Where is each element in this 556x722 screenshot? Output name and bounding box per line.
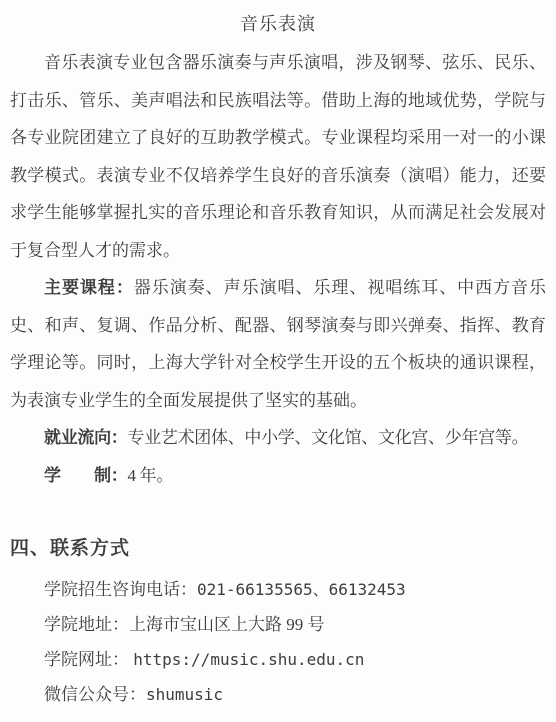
- contact-wechat-label: 微信公众号：: [44, 685, 146, 704]
- contact-wechat-value: shumusic: [146, 685, 223, 704]
- employment-label: 就业流向：: [44, 428, 128, 447]
- contact-list: 学院招生咨询电话：021-66135565、66132453 学院地址：上海市宝…: [10, 572, 546, 712]
- contact-website-value: https://music.shu.edu.cn: [133, 650, 364, 669]
- paragraph-overview: 音乐表演专业包含器乐演奏与声乐演唱，涉及钢琴、弦乐、民乐、打击乐、管乐、美声唱法…: [10, 44, 546, 269]
- contact-line-phone: 学院招生咨询电话：021-66135565、66132453: [10, 572, 546, 607]
- contact-website-label: 学院网址：: [44, 650, 129, 669]
- paragraph-courses: 主要课程：器乐演奏、声乐演唱、乐理、视唱练耳、中西方音乐史、和声、复调、作品分析…: [10, 269, 546, 419]
- contact-line-address: 学院地址：上海市宝山区上大路 99 号: [10, 607, 546, 642]
- contact-phone-value: 021-66135565、66132453: [197, 580, 406, 599]
- page-title: 音乐表演: [10, 10, 546, 38]
- paragraph-employment-text: 专业艺术团体、中小学、文化馆、文化宫、少年宫等。: [128, 428, 529, 447]
- paragraph-duration-text: 4 年。: [128, 466, 174, 485]
- paragraph-duration: 学 制：4 年。: [10, 457, 546, 495]
- courses-label: 主要课程：: [44, 278, 134, 297]
- paragraph-employment: 就业流向：专业艺术团体、中小学、文化馆、文化宫、少年宫等。: [10, 419, 546, 457]
- contact-phone-label: 学院招生咨询电话：: [44, 580, 197, 599]
- paragraph-courses-text: 器乐演奏、声乐演唱、乐理、视唱练耳、中西方音乐史、和声、复调、作品分析、配器、钢…: [10, 278, 546, 410]
- section-heading-contact: 四、联系方式: [10, 530, 546, 568]
- contact-line-wechat: 微信公众号：shumusic: [10, 677, 546, 712]
- document-page: 音乐表演 音乐表演专业包含器乐演奏与声乐演唱，涉及钢琴、弦乐、民乐、打击乐、管乐…: [0, 0, 556, 722]
- contact-line-website: 学院网址： https://music.shu.edu.cn: [10, 642, 546, 677]
- duration-label: 学 制：: [44, 466, 128, 485]
- contact-address-label: 学院地址：: [44, 615, 129, 634]
- contact-address-value: 上海市宝山区上大路 99 号: [129, 615, 325, 634]
- paragraph-overview-text: 音乐表演专业包含器乐演奏与声乐演唱，涉及钢琴、弦乐、民乐、打击乐、管乐、美声唱法…: [10, 53, 546, 260]
